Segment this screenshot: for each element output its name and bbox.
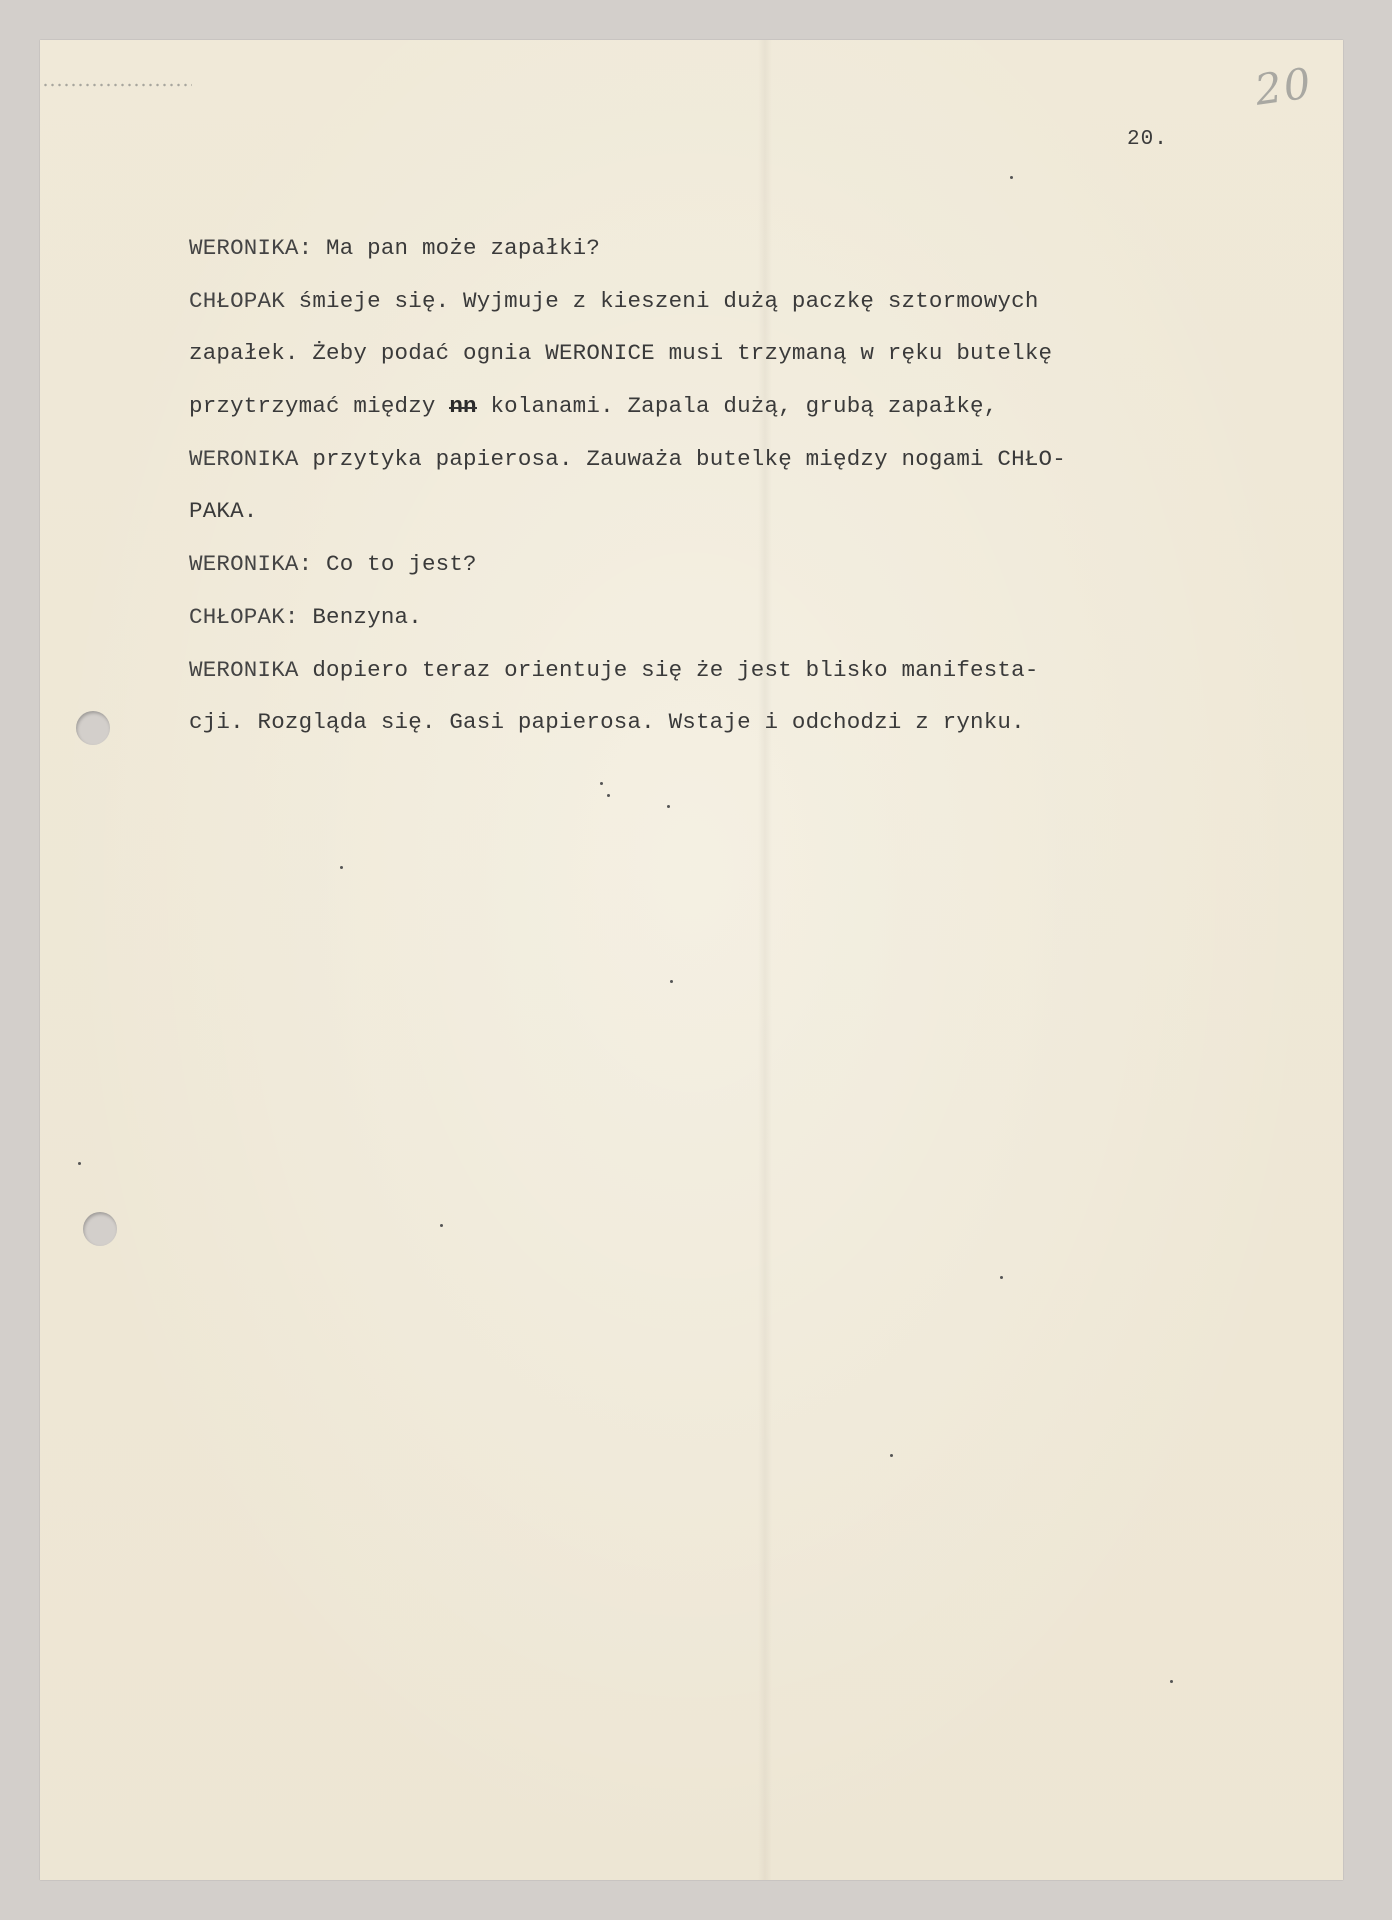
- speaker-name: WERONIKA: [189, 657, 299, 683]
- ink-speck: [1010, 176, 1013, 179]
- script-line: WERONIKA: Co to jest?: [189, 538, 1309, 591]
- speaker-name: CHŁOPAK: [189, 288, 285, 314]
- ink-speck: [1170, 1680, 1173, 1683]
- ink-speck: [670, 980, 673, 983]
- line-text: Benzyna.: [299, 604, 422, 630]
- script-line: przytrzymać między nn kolanami. Zapala d…: [189, 380, 1309, 433]
- stamp-trace: [42, 82, 192, 88]
- line-text: PAKA.: [189, 498, 258, 524]
- speaker-name: WERONIKA:: [189, 551, 312, 577]
- script-line: zapałek. Żeby podać ognia WERONICE musi …: [189, 327, 1309, 380]
- handwritten-page-number: 20: [1252, 58, 1316, 115]
- punch-hole: [83, 1212, 117, 1246]
- ink-speck: [607, 794, 610, 797]
- script-line: CHŁOPAK śmieje się. Wyjmuje z kieszeni d…: [189, 275, 1309, 328]
- line-text: przytyka papierosa. Zauważa butelkę międ…: [299, 446, 1066, 472]
- ink-speck: [600, 782, 603, 785]
- script-line: WERONIKA przytyka papierosa. Zauważa but…: [189, 433, 1309, 486]
- ink-speck: [440, 1224, 443, 1227]
- script-line: cji. Rozgląda się. Gasi papierosa. Wstaj…: [189, 696, 1309, 749]
- line-text: przytrzymać między: [189, 393, 449, 419]
- line-text: śmieje się. Wyjmuje z kieszeni dużą pacz…: [285, 288, 1039, 314]
- script-body: WERONIKA: Ma pan może zapałki? CHŁOPAK ś…: [189, 222, 1309, 749]
- ink-speck: [667, 805, 670, 808]
- ink-speck: [1000, 1276, 1003, 1279]
- ink-speck: [340, 866, 343, 869]
- script-line: PAKA.: [189, 485, 1309, 538]
- paper-sheet: 20 20. WERONIKA: Ma pan może zapałki? CH…: [40, 40, 1343, 1880]
- script-line: CHŁOPAK: Benzyna.: [189, 591, 1309, 644]
- ink-speck: [890, 1454, 893, 1457]
- speaker-name: WERONIKA:: [189, 235, 312, 261]
- line-text: kolanami. Zapala dużą, grubą zapałkę,: [477, 393, 998, 419]
- overstruck-text: nn: [449, 380, 476, 433]
- ink-speck: [78, 1162, 81, 1165]
- speaker-name: WERONIKA: [189, 446, 299, 472]
- line-text: zapałek. Żeby podać ognia WERONICE musi …: [189, 340, 1052, 366]
- typed-page-number: 20.: [1127, 128, 1168, 151]
- script-line: WERONIKA dopiero teraz orientuje się że …: [189, 644, 1309, 697]
- line-text: Co to jest?: [312, 551, 476, 577]
- script-line: WERONIKA: Ma pan może zapałki?: [189, 222, 1309, 275]
- line-text: cji. Rozgląda się. Gasi papierosa. Wstaj…: [189, 709, 1025, 735]
- punch-hole: [76, 711, 110, 745]
- line-text: Ma pan może zapałki?: [312, 235, 600, 261]
- speaker-name: CHŁOPAK:: [189, 604, 299, 630]
- line-text: dopiero teraz orientuje się że jest blis…: [299, 657, 1039, 683]
